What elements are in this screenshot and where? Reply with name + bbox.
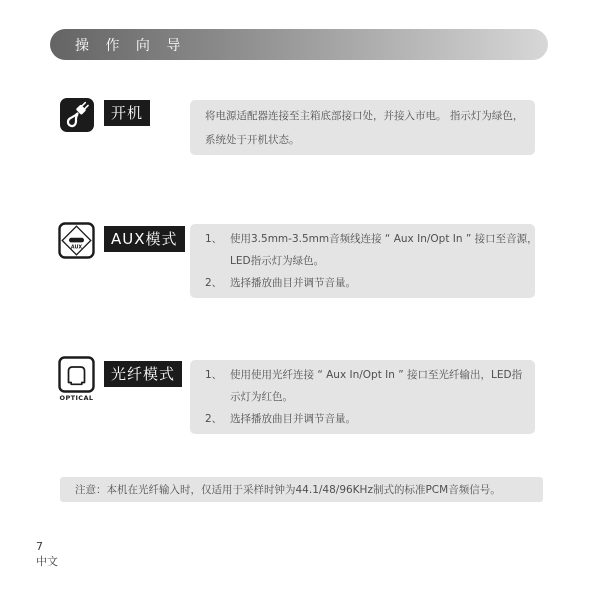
list-item: 2、 选择播放曲目并调节音量。 <box>205 408 535 430</box>
page-number: 7 <box>36 539 58 554</box>
page-title: 操 作 向 导 <box>50 35 186 55</box>
manual-page: 操 作 向 导 开机 将电源适配器连接至主箱底部接口处，并接入市电。 指示灯为绿… <box>0 0 600 598</box>
instruction-line: 选择播放曲目并调节音量。 <box>230 408 356 430</box>
note-text: 注意：本机在光纤输入时，仅适用于采样时钟为44.1/48/96KHz制式的标准P… <box>75 482 501 497</box>
list-number: 2、 <box>205 272 230 294</box>
optical-toslink-icon <box>58 356 95 393</box>
instruction-line: 使用3.5mm-3.5mm音频线连接 “ Aux In/Opt In ” 接口至… <box>230 228 538 250</box>
power-instructions-panel: 将电源适配器连接至主箱底部接口处，并接入市电。 指示灯为绿色， 系统处于开机状态… <box>190 100 535 155</box>
instruction-line: LED指示灯为绿色。 <box>230 250 538 272</box>
instruction-line: 系统处于开机状态。 <box>205 128 525 152</box>
instruction-line: 使用使用光纤连接 “ Aux In/Opt In ” 接口至光纤输出，LED指 <box>230 364 522 386</box>
aux-icon-text: AUX <box>71 245 82 251</box>
aux-instructions-panel: 1、 使用3.5mm-3.5mm音频线连接 “ Aux In/Opt In ” … <box>190 224 535 298</box>
optical-section-label: 光纤模式 <box>104 361 182 387</box>
list-number: 1、 <box>205 228 230 272</box>
aux-jack-icon: AUX <box>58 222 95 259</box>
list-number: 1、 <box>205 364 230 408</box>
power-section-label: 开机 <box>104 100 150 126</box>
list-item: 1、 使用3.5mm-3.5mm音频线连接 “ Aux In/Opt In ” … <box>205 228 535 272</box>
optical-icon-caption: OPTICAL <box>56 394 97 402</box>
note-bar: 注意：本机在光纤输入时，仅适用于采样时钟为44.1/48/96KHz制式的标准P… <box>60 477 543 502</box>
power-plug-icon <box>60 98 94 132</box>
section-header-banner: 操 作 向 导 <box>50 29 548 60</box>
optical-instructions-panel: 1、 使用使用光纤连接 “ Aux In/Opt In ” 接口至光纤输出，LE… <box>190 360 535 434</box>
list-item: 2、 选择播放曲目并调节音量。 <box>205 272 535 294</box>
page-footer: 7 中文 <box>36 539 58 569</box>
instruction-line: 示灯为红色。 <box>230 386 522 408</box>
instruction-line: 将电源适配器连接至主箱底部接口处，并接入市电。 指示灯为绿色， <box>205 104 525 128</box>
language-label: 中文 <box>36 554 58 569</box>
instruction-line: 选择播放曲目并调节音量。 <box>230 272 356 294</box>
list-item: 1、 使用使用光纤连接 “ Aux In/Opt In ” 接口至光纤输出，LE… <box>205 364 535 408</box>
list-number: 2、 <box>205 408 230 430</box>
aux-section-label: AUX模式 <box>104 226 185 252</box>
